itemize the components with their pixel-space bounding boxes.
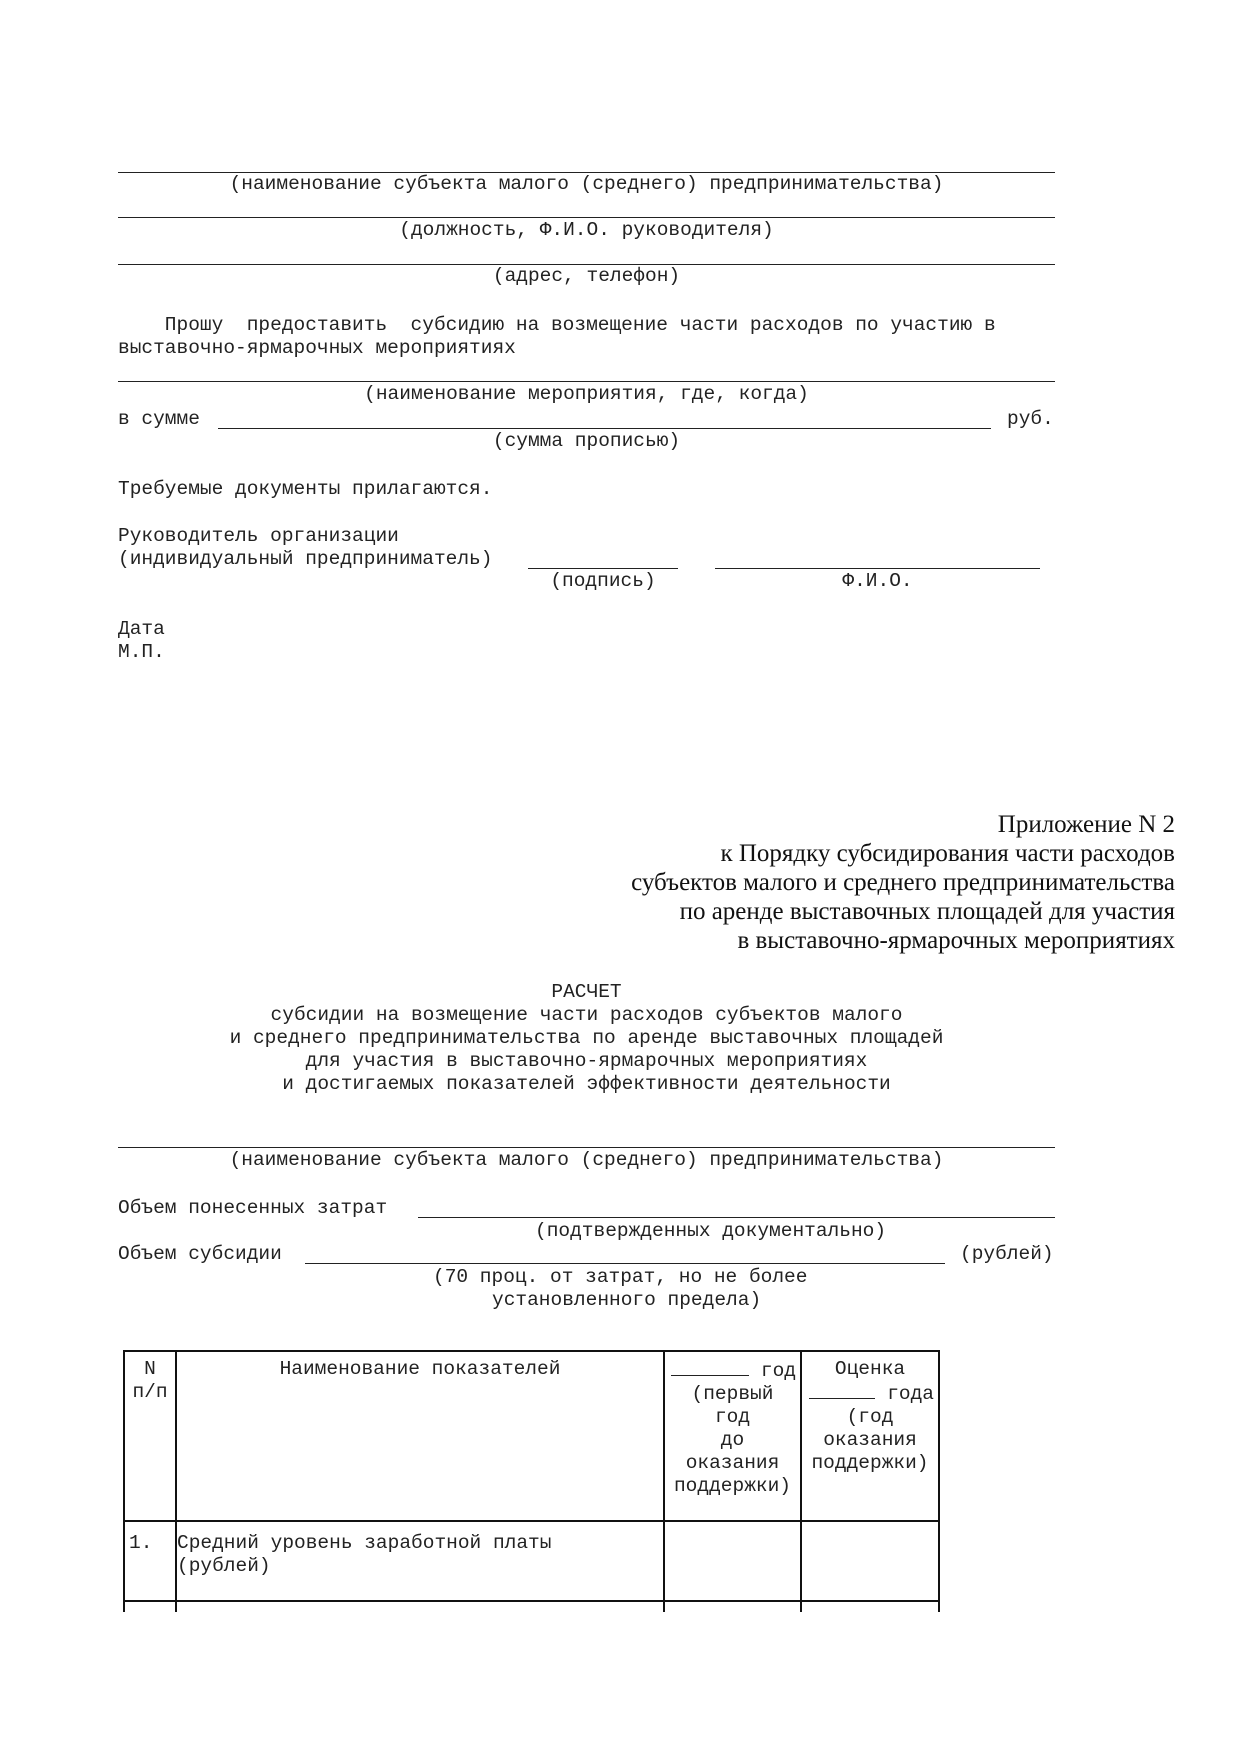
costs-label: Объем понесенных затрат [118, 1197, 387, 1220]
request-text-line-2: выставочно-ярмарочных мероприятиях [118, 337, 516, 360]
subsidy-unit: (рублей) [960, 1243, 1054, 1266]
header-estimate-note-1: (год [802, 1406, 938, 1429]
stub-cell [801, 1601, 939, 1612]
stamp-label: М.П. [118, 641, 165, 664]
stub-cell [664, 1601, 801, 1612]
subsidy-caption-line-2: установленного предела) [492, 1289, 761, 1312]
calculation-subtitle-line-2: и среднего предпринимательства по аренде… [118, 1027, 1055, 1050]
signature-field-line[interactable] [528, 568, 678, 569]
calc-org-name-caption: (наименование субъекта малого (среднего)… [118, 1149, 1055, 1172]
signature-caption: (подпись) [528, 570, 678, 593]
header-previous-year-note-1: (первый [665, 1383, 800, 1406]
fio-field-line[interactable] [715, 568, 1040, 569]
year-blank-field[interactable] [671, 1358, 749, 1376]
row-previous-year-value[interactable] [664, 1521, 801, 1601]
header-previous-year-line: год [665, 1358, 800, 1383]
row-indicator-name: Средний уровень заработной платы (рублей… [176, 1521, 664, 1601]
header-estimate-note-3: поддержки) [802, 1452, 938, 1475]
signer-title-line-2: (индивидуальный предприниматель) [118, 548, 492, 571]
amount-unit: руб. [1007, 408, 1054, 431]
calculation-title: РАСЧЕТ [118, 981, 1055, 1004]
header-number: N п/п [124, 1351, 176, 1521]
table-row: 1. Средний уровень заработной платы (руб… [124, 1521, 939, 1601]
stub-cell [124, 1601, 176, 1612]
event-field-line[interactable] [118, 381, 1055, 382]
head-name-field-line[interactable] [118, 217, 1055, 218]
header-number-line-2: п/п [125, 1381, 175, 1404]
header-previous-year: год (первый год до оказания поддержки) [664, 1351, 801, 1521]
signer-title-line-1: Руководитель организации [118, 525, 399, 548]
amount-label: в сумме [118, 408, 200, 431]
header-indicator-name: Наименование показателей [176, 1351, 664, 1521]
calculation-subtitle-line-1: субсидии на возмещение части расходов су… [118, 1004, 1055, 1027]
calculation-subtitle-line-3: для участия в выставочно-ярмарочных меро… [118, 1050, 1055, 1073]
request-text-line-1: Прошу предоставить субсидию на возмещени… [118, 314, 996, 337]
amount-caption: (сумма прописью) [118, 430, 1055, 453]
head-name-caption: (должность, Ф.И.О. руководителя) [118, 219, 1055, 242]
appendix-header-line-3: субъектов малого и среднего предпринимат… [631, 868, 1175, 897]
address-caption: (адрес, телефон) [118, 265, 1055, 288]
table-row-continuation [124, 1601, 939, 1612]
subsidy-label: Объем субсидии [118, 1243, 282, 1266]
date-label: Дата [118, 618, 165, 641]
subsidy-field-line[interactable] [305, 1263, 945, 1264]
header-estimate-note-2: оказания [802, 1429, 938, 1452]
appendix-header-line-4: по аренде выставочных площадей для участ… [680, 897, 1175, 926]
header-estimate-title: Оценка [802, 1358, 938, 1381]
appendix-header-line-2: к Порядку субсидирования части расходов [720, 839, 1175, 868]
costs-field-line[interactable] [418, 1217, 1055, 1218]
fio-caption: Ф.И.О. [715, 570, 1040, 593]
appendix-header-line-5: в выставочно-ярмарочных мероприятиях [737, 926, 1175, 955]
header-previous-year-note-4: оказания [665, 1452, 800, 1475]
row-indicator-name-line-2: (рублей) [177, 1555, 663, 1578]
costs-caption: (подтвержденных документально) [535, 1220, 886, 1243]
documents-note: Требуемые документы прилагаются. [118, 478, 492, 501]
event-caption: (наименование мероприятия, где, когда) [118, 383, 1055, 406]
appendix-header-line-1: Приложение N 2 [998, 810, 1175, 839]
row-number-text: 1. [129, 1532, 152, 1554]
calc-org-name-field-line[interactable] [118, 1147, 1055, 1148]
amount-field-line[interactable] [218, 428, 991, 429]
header-previous-year-note-2: год [665, 1406, 800, 1429]
header-estimate: Оценка года (год оказания поддержки) [801, 1351, 939, 1521]
subsidy-caption-line-1: (70 проц. от затрат, но не более [433, 1266, 807, 1289]
row-estimate-value[interactable] [801, 1521, 939, 1601]
header-previous-year-note-3: до [665, 1429, 800, 1452]
indicators-table: N п/п Наименование показателей год (перв… [123, 1350, 940, 1612]
header-estimate-year-line: года [802, 1381, 938, 1406]
header-estimate-suffix: года [887, 1383, 934, 1405]
header-number-line-1: N [125, 1358, 175, 1381]
table-header-row: N п/п Наименование показателей год (перв… [124, 1351, 939, 1521]
estimate-year-blank-field[interactable] [809, 1381, 875, 1399]
header-previous-year-suffix: год [761, 1360, 796, 1382]
row-indicator-name-line-1: Средний уровень заработной платы [177, 1532, 663, 1555]
row-number: 1. [124, 1521, 176, 1601]
org-name-caption: (наименование субъекта малого (среднего)… [118, 173, 1055, 196]
calculation-subtitle-line-4: и достигаемых показателей эффективности … [118, 1073, 1055, 1096]
header-previous-year-note-5: поддержки) [665, 1475, 800, 1498]
header-indicator-name-text: Наименование показателей [177, 1358, 663, 1381]
stub-cell [176, 1601, 664, 1612]
